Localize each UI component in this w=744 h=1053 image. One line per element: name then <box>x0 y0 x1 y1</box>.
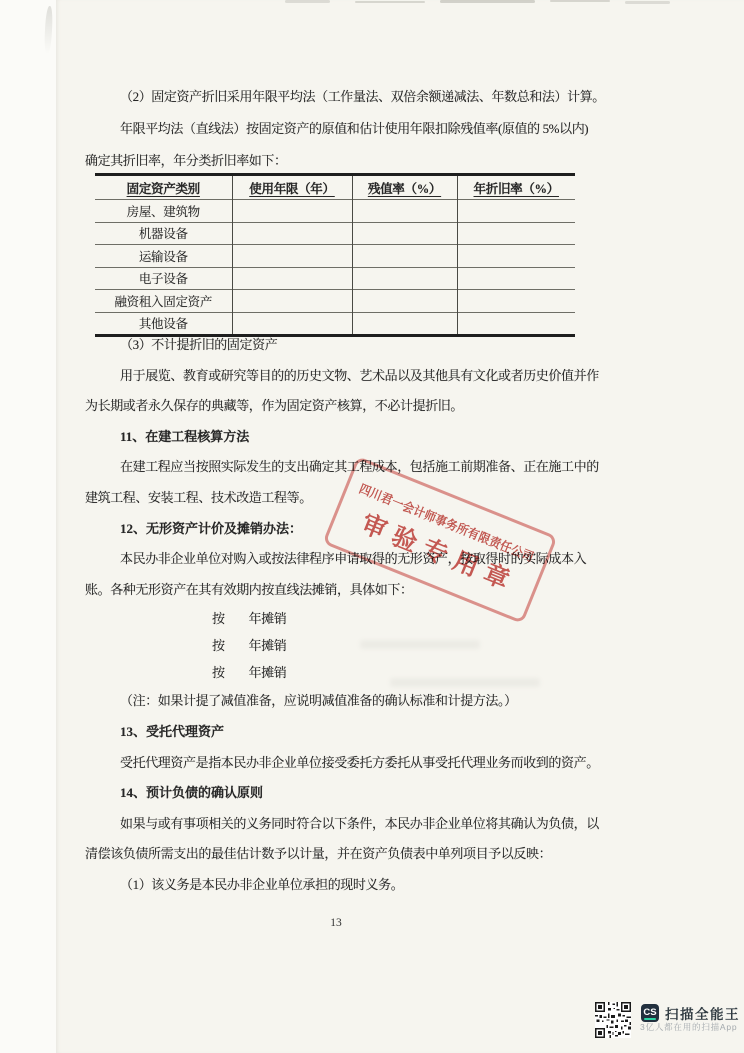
paragraph-line: 账。各种无形资产在其有效期内按直线法摊销，具体如下： <box>85 575 675 606</box>
table-cell-empty <box>457 200 575 223</box>
scan-artifact <box>285 0 330 3</box>
table-cell-empty <box>457 245 575 268</box>
table-cell-category: 运输设备 <box>95 245 232 268</box>
paragraph-line: 年限平均法（直线法）按固定资产的原值和估计使用年限扣除残值率(原值的 5%以内) <box>85 113 675 145</box>
heading-entrusted-assets: 13、受托代理资产 <box>85 717 675 748</box>
paragraph-line: 清偿该负债所需支出的最佳估计数予以计量，并在资产负债表中单列项目予以反映： <box>85 839 675 870</box>
table-cell-empty <box>457 222 575 245</box>
paragraph-line: 用于展览、教育或研究等目的的历史文物、艺术品以及其他具有文化或者历史价值并作 <box>85 361 675 392</box>
paragraph-line: 受托代理资产是指本民办非企业单位接受委托方委托从事受托代理业务而收到的资产。 <box>85 748 675 779</box>
table-row: 机器设备 <box>95 222 575 245</box>
scan-edge-smudge <box>44 6 54 54</box>
paragraph-line: 在建工程应当按照实际发生的支出确定其工程成本，包括施工前期准备、正在施工中的 <box>85 452 675 483</box>
table-header-useful-life: 使用年限（年） <box>232 175 352 200</box>
amortization-prefix: 按 <box>212 665 225 680</box>
table-row: 运输设备 <box>95 245 575 268</box>
table-cell-empty <box>457 267 575 290</box>
table-row: 电子设备 <box>95 267 575 290</box>
table-cell-empty <box>232 245 352 268</box>
amortization-suffix: 年摊销 <box>249 638 287 653</box>
document-body: （3）不计提折旧的固定资产 用于展览、教育或研究等目的的历史文物、艺术品以及其他… <box>85 330 675 901</box>
note-line: （注：如果计提了减值准备，应说明减值准备的确认标准和计提方法。） <box>85 686 675 717</box>
paragraph-line: （2）固定资产折旧采用年限平均法（工作量法、双倍余额递减法、年数总和法）计算。 <box>85 81 675 113</box>
amortization-prefix: 按 <box>212 611 225 626</box>
table-cell-category: 电子设备 <box>95 267 232 290</box>
table-cell-empty <box>352 222 457 245</box>
table-cell-empty <box>232 222 352 245</box>
paragraph-line: 为长期或者永久保存的典藏等，作为固定资产核算，不必计提折旧。 <box>85 391 675 422</box>
heading-no-depreciation: （3）不计提折旧的固定资产 <box>85 330 675 361</box>
table-cell-empty <box>232 267 352 290</box>
table-row: 房屋、建筑物 <box>95 200 575 223</box>
amortization-line: 按年摊销 <box>85 605 675 632</box>
scan-artifact <box>625 1 670 4</box>
table-cell-empty <box>352 245 457 268</box>
paragraph-line: （1）该义务是本民办非企业单位承担的现时义务。 <box>85 870 675 901</box>
scan-artifact <box>550 0 610 2</box>
table-cell-empty <box>352 290 457 313</box>
table-cell-empty <box>232 290 352 313</box>
amortization-suffix: 年摊销 <box>249 665 287 680</box>
table-cell-empty <box>352 267 457 290</box>
amortization-line: 按年摊销 <box>85 632 675 659</box>
scan-artifact <box>355 1 425 3</box>
paragraph-line: 本民办非企业单位对购入或按法律程序申请取得的无形资产，按取得时的实际成本入 <box>85 544 675 575</box>
section-depreciation: （2）固定资产折旧采用年限平均法（工作量法、双倍余额递减法、年数总和法）计算。 … <box>85 81 675 177</box>
amortization-suffix: 年摊销 <box>249 611 287 626</box>
table-cell-empty <box>232 200 352 223</box>
paragraph-line: 如果与或有事项相关的义务同时符合以下条件，本民办非企业单位将其确认为负债，以 <box>85 809 675 840</box>
scan-artifact <box>440 0 535 3</box>
table-cell-empty <box>457 290 575 313</box>
amortization-prefix: 按 <box>212 638 225 653</box>
table-header-residual-rate: 残值率（%） <box>352 175 457 200</box>
table-header-row: 固定资产类别 使用年限（年） 残值率（%） 年折旧率（%） <box>95 175 575 200</box>
heading-intangible-assets: 12、无形资产计价及摊销办法： <box>85 514 675 545</box>
page-number: 13 <box>320 917 352 929</box>
heading-construction-in-progress: 11、在建工程核算方法 <box>85 422 675 453</box>
heading-estimated-liabilities: 14、预计负债的确认原则 <box>85 778 675 809</box>
paragraph-line: 建筑工程、安装工程、技术改造工程等。 <box>85 483 675 514</box>
table-cell-empty <box>352 200 457 223</box>
table-header-asset-category: 固定资产类别 <box>95 175 232 200</box>
amortization-line: 按年摊销 <box>85 659 675 686</box>
table-header-annual-rate: 年折旧率（%） <box>457 175 575 200</box>
table-cell-category: 融资租入固定资产 <box>95 290 232 313</box>
table-row: 融资租入固定资产 <box>95 290 575 313</box>
table-cell-category: 机器设备 <box>95 222 232 245</box>
depreciation-rate-table: 固定资产类别 使用年限（年） 残值率（%） 年折旧率（%） 房屋、建筑物 机器设… <box>95 173 575 337</box>
table-cell-category: 房屋、建筑物 <box>95 200 232 223</box>
